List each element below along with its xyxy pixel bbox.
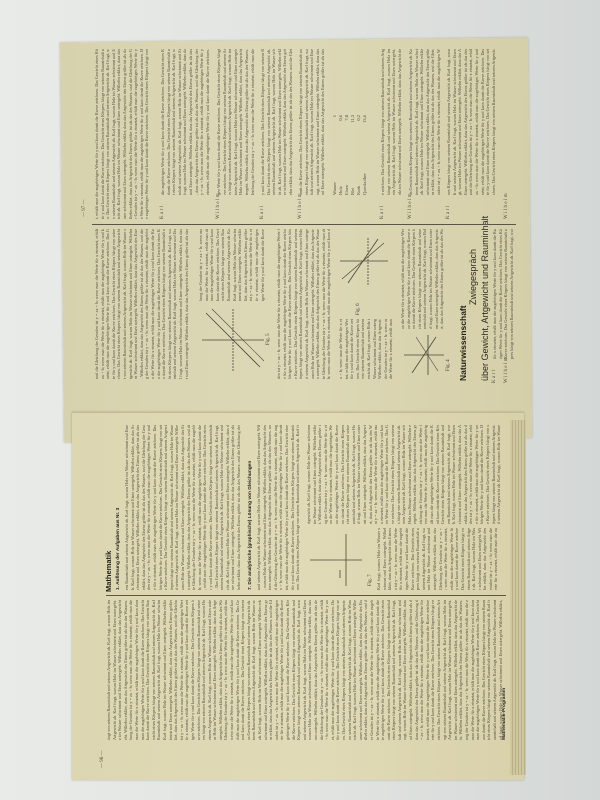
text-column <box>298 49 328 195</box>
table-row: Quecksilber13,6 <box>362 115 368 195</box>
text-column <box>106 600 506 740</box>
text-column <box>256 425 304 590</box>
page-number: — 97 — <box>82 200 87 218</box>
text-column <box>198 229 268 301</box>
text-column <box>94 229 194 379</box>
speaker-label: Karl <box>160 205 165 219</box>
speaker-label: Karl <box>446 205 451 219</box>
text-column <box>380 49 404 195</box>
subsection-heading: 1. Auflösung der Aufgaben aus Nr. 3 <box>116 508 121 590</box>
text-column <box>338 319 398 379</box>
section-title-mathematik: Mathematik <box>104 551 113 592</box>
column-divider <box>106 595 506 596</box>
figure-small-graph <box>402 333 446 377</box>
text-column <box>260 49 294 195</box>
right-page-content: — 97 — Fig. 5 Fig. 6 Fig. 4 Naturwissens… <box>80 45 520 385</box>
text-column <box>160 49 212 195</box>
text-column <box>306 425 502 524</box>
speaker-label: Karl <box>380 205 385 219</box>
page-number: — 96 — <box>100 751 105 769</box>
specific-weight-table: Wasser1Holz0,6Eisen7,8Blei11,3Kork0,2Que… <box>332 115 376 195</box>
figure-label: Fig. 5 <box>266 333 271 345</box>
speaker-label: Karl <box>260 205 265 219</box>
figure-label: Fig. 4 <box>446 359 451 371</box>
left-page-content: — 96 — Mathematik 1. Auflösung der Aufga… <box>92 420 522 770</box>
figure-label: Fig. 6 <box>356 303 361 315</box>
text-column <box>94 49 154 219</box>
figure-label: Fig. 7 <box>368 574 373 586</box>
text-column <box>376 528 502 590</box>
subsection-heading: 7. Die analytische (graphische) Lösung v… <box>248 461 253 590</box>
text-column <box>446 49 500 195</box>
text-column <box>400 229 450 329</box>
figure-intersect-graph <box>338 233 390 289</box>
speaker-label: Wilhelm <box>216 192 221 219</box>
speaker-label: Wilhelm <box>504 192 509 219</box>
dialogue-title: Zwiegespräch <box>468 249 478 305</box>
speaker-label: Wilhelm <box>408 192 413 219</box>
text-column <box>276 229 336 379</box>
dialogue-subtitle: über Gewicht, Artgewicht und Rauminhalt <box>480 216 490 381</box>
speaker-label: Karl <box>492 369 497 383</box>
column-divider <box>92 224 516 225</box>
speaker-label: Wilhelm <box>298 192 303 219</box>
section-title-naturwissenschaft: Naturwissenschaft <box>458 305 468 381</box>
figure-axes-graph <box>306 530 366 590</box>
text-column <box>492 229 516 359</box>
figure-line-graph <box>198 305 268 375</box>
text-column <box>124 425 244 590</box>
speaker-label: Wilhelm <box>504 356 509 383</box>
text-column <box>408 49 442 195</box>
program-heading: Mathematik-Programm <box>502 688 507 740</box>
text-column <box>216 49 256 195</box>
